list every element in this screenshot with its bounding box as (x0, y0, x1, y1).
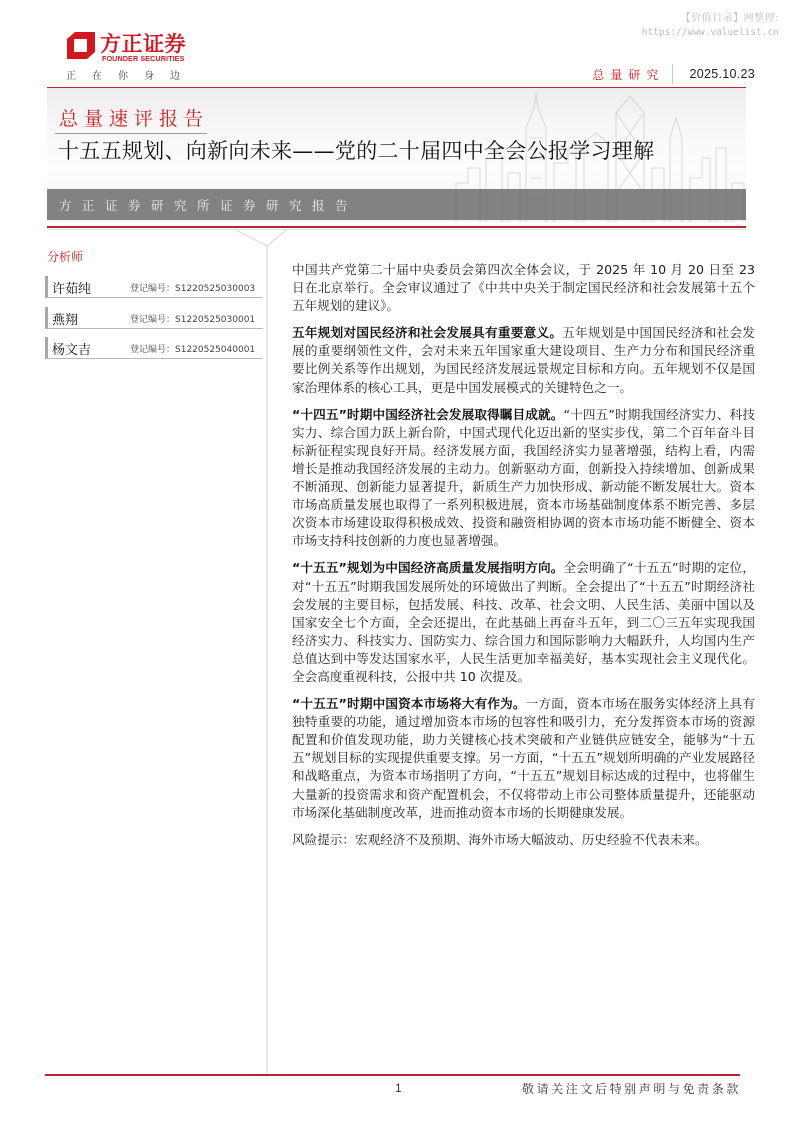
watermark: 【价值目录】网整理: https://www.valuelist.cn (642, 12, 779, 40)
department-label: 总量研究 (592, 66, 670, 83)
paragraph-lead: “十四五”时期中国经济社会发展取得瞩目成就。 (292, 407, 564, 422)
slogan-char: 在 (92, 67, 118, 82)
slogan-char: 边 (170, 67, 196, 82)
report-type-underline (55, 133, 207, 134)
paragraph-risk: 风险提示：宏观经济不及预期、海外市场大幅波动、历史经验不代表未来。 (292, 831, 755, 849)
paragraph-text: 中国共产党第二十届中央委员会第四次全体会议，于 2025 年 10 月 20 日… (292, 262, 755, 313)
title-banner: 总量速评报告 十五五规划、向新向未来——党的二十届四中全会公报学习理解 方正证券… (47, 87, 746, 222)
paragraph-capital-market: “十五五”时期中国资本市场将大有作为。一方面，资本市场在服务实体经济上具有独特重… (292, 695, 755, 822)
report-date: 2025.10.23 (689, 67, 755, 81)
brand-slogan: 正 在 你 身 边 (66, 67, 196, 82)
org-line: 方正证券研究所证券研究报告 (59, 196, 358, 214)
analysts-heading: 分析师 (47, 248, 83, 265)
analyst-name: 许茹纯 (52, 278, 91, 297)
disclaimer-note: 敬请关注文后特别声明与免责条款 (522, 1080, 741, 1097)
paragraph-text: 风险提示：宏观经济不及预期、海外市场大幅波动、历史经验不代表未来。 (292, 832, 708, 847)
paragraph-text: 全会明确了“十五五”时期的定位，对“十五五”时期我国发展所处的环境做出了判断。全… (292, 560, 755, 684)
watermark-url: https://www.valuelist.cn (642, 26, 779, 40)
analyst-registration: 登记编号：S1220525030001 (130, 312, 255, 325)
footer-divider (45, 1074, 740, 1076)
paragraph-lead: “十五五”时期中国资本市场将大有作为。 (292, 696, 526, 711)
banner-divider (47, 226, 746, 228)
header-separator (672, 64, 673, 84)
page-number: 1 (395, 1081, 402, 1095)
analyst-row: 燕翔 登记编号：S1220525030001 (45, 307, 263, 329)
analyst-registration: 登记编号：S1220525040001 (130, 342, 255, 355)
paragraph-lead: 五年规划对国民经济和社会发展具有重要意义。 (292, 325, 562, 340)
banner-divider-shadow (47, 229, 746, 230)
report-header-meta: 总量研究 2025.10.23 (592, 63, 755, 85)
slogan-char: 你 (118, 67, 144, 82)
paragraph-text: 一方面，资本市场在服务实体经济上具有独特重要的功能，通过增加资本市场的包容性和吸… (292, 696, 755, 820)
paragraph-lead: “十五五”规划为中国经济高质量发展指明方向。 (292, 560, 564, 575)
analyst-registration: 登记编号：S1220525030003 (130, 281, 255, 294)
watermark-label: 【价值目录】网整理: (642, 12, 779, 26)
report-body: 中国共产党第二十届中央委员会第四次全体会议，于 2025 年 10 月 20 日… (292, 261, 755, 858)
slogan-char: 正 (66, 67, 92, 82)
paragraph-five-year-plan: 五年规划对国民经济和社会发展具有重要意义。五年规划是中国国民经济和社会发展的重要… (292, 324, 755, 396)
report-type: 总量速评报告 (59, 104, 209, 131)
analyst-name: 燕翔 (52, 309, 78, 328)
paragraph-intro: 中国共产党第二十届中央委员会第四次全体会议，于 2025 年 10 月 20 日… (292, 261, 755, 315)
slogan-char: 身 (144, 67, 170, 82)
document-title: 十五五规划、向新向未来——党的二十届四中全会公报学习理解 (58, 135, 654, 165)
analyst-name: 杨文吉 (52, 339, 91, 358)
paragraph-text: “十四五”时期我国经济实力、科技实力、综合国力跃上新台阶，中国式现代化迈出新的坚… (292, 407, 755, 549)
org-band: 方正证券研究所证券研究报告 (47, 189, 746, 220)
brand-name-en: FOUNDER SECURITIES (102, 54, 184, 63)
founder-logo-icon (66, 30, 96, 60)
analyst-row: 杨文吉 登记编号：S1220525040001 (45, 337, 263, 359)
paragraph-15th-plan: “十五五”规划为中国经济高质量发展指明方向。全会明确了“十五五”时期的定位，对“… (292, 559, 755, 686)
analyst-row: 许茹纯 登记编号：S1220525030003 (45, 276, 263, 298)
paragraph-14th-plan: “十四五”时期中国经济社会发展取得瞩目成就。“十四五”时期我国经济实力、科技实力… (292, 406, 755, 551)
